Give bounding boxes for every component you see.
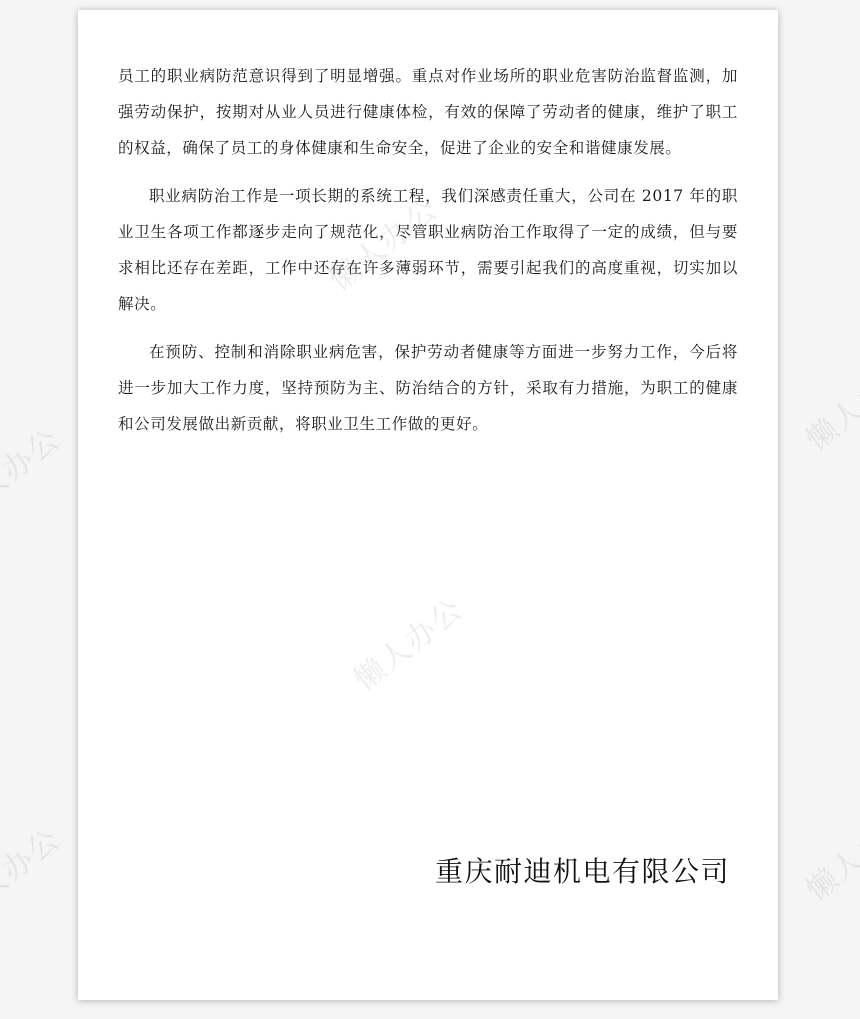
watermark: 懒人办公: [0, 815, 68, 928]
document-page: 员工的职业病防范意识得到了明显增强。重点对作业场所的职业危害防治监督监测，加强劳…: [78, 10, 778, 1000]
document-body: 员工的职业病防范意识得到了明显增强。重点对作业场所的职业危害防治监督监测，加强劳…: [118, 58, 738, 454]
paragraph-3: 在预防、控制和消除职业病危害，保护劳动者健康等方面进一步努力工作，今后将进一步加…: [118, 334, 738, 442]
watermark: 懒人办公: [795, 795, 860, 908]
paragraph-2: 职业病防治工作是一项长期的系统工程，我们深感责任重大，公司在 2017 年的职业…: [118, 178, 738, 322]
paragraph-1: 员工的职业病防范意识得到了明显增强。重点对作业场所的职业危害防治监督监测，加强劳…: [118, 58, 738, 166]
watermark: 懒人办公: [795, 345, 860, 458]
watermark: 懒人办公: [0, 415, 68, 528]
watermark: 懒人办公: [343, 585, 471, 698]
document-viewer: 懒人办公 懒人办公 懒人办公 懒人办公 员工的职业病防范意识得到了明显增强。重点…: [0, 0, 860, 1019]
company-signature: 重庆耐迪机电有限公司: [435, 850, 730, 890]
